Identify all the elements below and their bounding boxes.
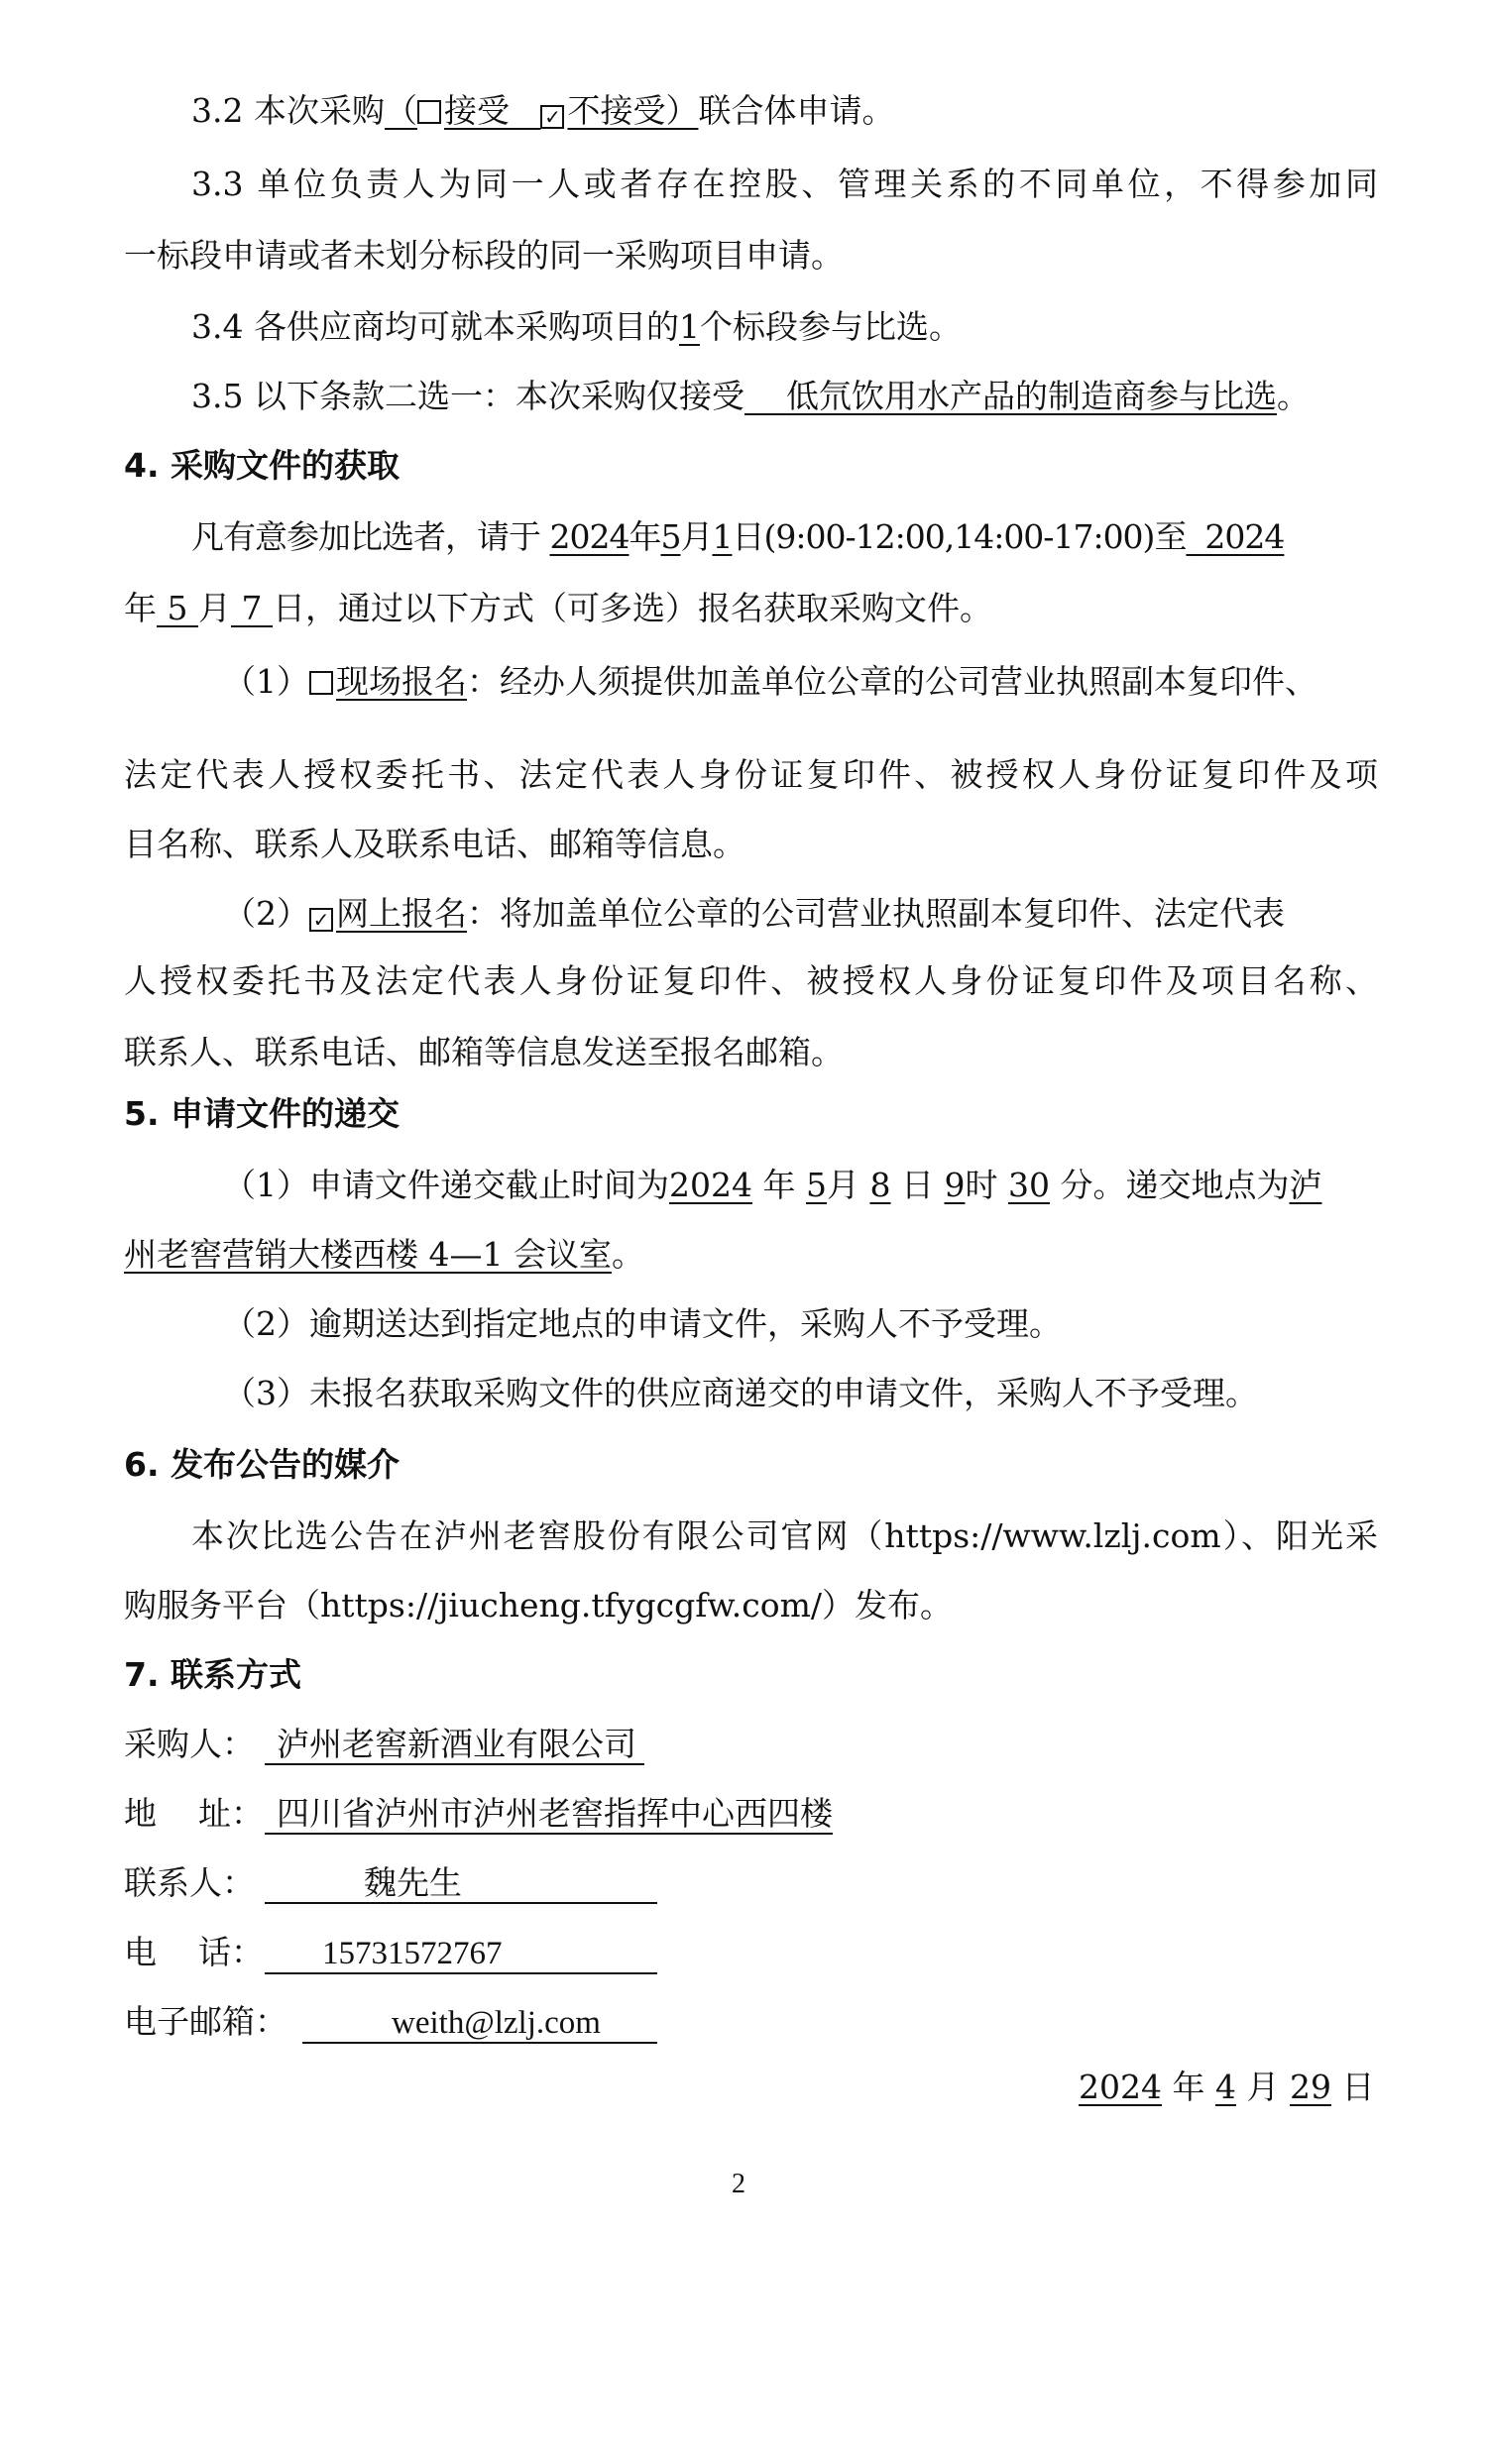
day-char: 日 (901, 1166, 934, 1204)
clause-3-3-line1: 3.3 单位负责人为同一人或者存在控股、管理关系的不同单位，不得参加同 (191, 165, 1378, 204)
day-char: 日 (1341, 2068, 1374, 2106)
clause-3-4-prefix: 3.4 各供应商均可就本采购项目的 (191, 307, 679, 346)
end-month: 5 (157, 589, 198, 627)
method-onsite-line3: 目名称、联系人及联系电话、邮箱等信息。 (124, 825, 1378, 864)
method-onsite-num: （1） (223, 662, 309, 701)
clause-3-5-suffix: 。 (1277, 377, 1310, 415)
lot-count: 1 (679, 307, 700, 346)
month-char: 月 (198, 589, 231, 627)
year-char: 年 (762, 1166, 795, 1204)
section-4-intro-line1: 凡有意参加比选者，请于 2024年5月1日(9:00-12:00,14:00-1… (191, 517, 1378, 557)
option-reject-label: 不接受 (567, 91, 665, 130)
period: 。 (612, 1235, 644, 1274)
start-day: 1 (712, 517, 732, 556)
phone-row: 电 话：15731572767 (124, 1933, 1378, 1974)
address-value: 四川省泸州市泸州老窖指挥中心西四楼 (265, 1795, 833, 1835)
section-6-heading: 6. 发布公告的媒介 (124, 1445, 1378, 1485)
to-char: 至 (1154, 517, 1186, 556)
date-day: 29 (1290, 2068, 1331, 2106)
address-label: 地 址： (124, 1794, 265, 1834)
method-onsite-line2: 法定代表人授权委托书、法定代表人身份证复印件、被授权人身份证复印件及项 (124, 755, 1378, 795)
end-year-value: 2024 (1204, 517, 1284, 556)
unregistered-submission-rule: （3）未报名获取采购文件的供应商递交的申请文件，采购人不予受理。 (223, 1374, 1378, 1413)
purchaser-value: 泸州老窖新酒业有限公司 (265, 1726, 644, 1765)
accepted-supplier-type: 低氘饮用水产品的制造商参与比选 (744, 377, 1277, 415)
month-char: 月 (680, 517, 712, 556)
method-online-option: ✓网上报名 (309, 894, 467, 933)
section-4-intro-line2: 年 5 月 7 日，通过以下方式（可多选）报名获取采购文件。 (124, 589, 1378, 628)
checkbox-reject-checked-icon[interactable]: ✓ (540, 105, 564, 129)
clause-3-5-prefix: 3.5 以下条款二选一：本次采购仅接受 (191, 377, 744, 415)
method-online-line2: 人授权委托书及法定代表人身份证复印件、被授权人身份证复印件及项目名称、 (124, 961, 1378, 1001)
intro-tail: 日，通过以下方式（可多选）报名获取采购文件。 (273, 589, 992, 627)
deadline-day: 8 (869, 1166, 890, 1204)
page-number: 2 (732, 2169, 745, 2200)
month-char: 月 (827, 1166, 859, 1204)
office-hours: (9:00-12:00,14:00-17:00) (763, 517, 1154, 556)
date-year: 2024 (1079, 2068, 1162, 2106)
place-part1: 泸 (1289, 1166, 1321, 1204)
clause-3-2: 3.2 本次采购（接受 ✓不接受）联合体申请。 (191, 91, 1378, 131)
phone-value: 15731572767 (265, 1935, 657, 1974)
contact-label: 联系人： (124, 1863, 265, 1903)
section-4-heading: 4. 采购文件的获取 (124, 446, 1378, 486)
signature-date: 2024 年 4 月 29 日 (1079, 2068, 1374, 2107)
deadline-label: 申请文件递交截止时间为 (309, 1166, 669, 1204)
end-month-value: 5 (168, 589, 188, 627)
section-7-heading: 7. 联系方式 (124, 1655, 1378, 1695)
open-paren: （ (385, 91, 417, 130)
method-online-text: ：将加盖单位公章的公司营业执照副本复印件、法定代表 (467, 894, 1285, 933)
clause-3-4-suffix: 个标段参与比选。 (700, 307, 962, 346)
method-onsite-text: ：经办人须提供加盖单位公章的公司营业执照副本复印件、 (467, 662, 1317, 701)
clause-3-2-prefix: 3.2 本次采购 (191, 91, 385, 130)
intro-text: 凡有意参加比选者，请于 (191, 517, 540, 556)
end-day-value: 7 (242, 589, 263, 627)
checkbox-online-checked-icon[interactable]: ✓ (309, 908, 333, 932)
deadline-minute: 30 (1008, 1166, 1050, 1204)
deadline-hour: 9 (944, 1166, 965, 1204)
submission-deadline-line1: （1）申请文件递交截止时间为2024 年 5月 8 日 9时 30 分。递交地点… (223, 1166, 1378, 1205)
phone-label: 电 话： (124, 1933, 265, 1972)
clause-3-2-suffix: 联合体申请。 (698, 91, 894, 130)
deadline-month: 5 (806, 1166, 827, 1204)
late-submission-rule: （2）逾期送达到指定地点的申请文件，采购人不予受理。 (223, 1304, 1378, 1344)
purchaser-row: 采购人：泸州老窖新酒业有限公司 (124, 1725, 1378, 1765)
clause-3-5: 3.5 以下条款二选一：本次采购仅接受 低氘饮用水产品的制造商参与比选。 (191, 377, 1378, 416)
start-month: 5 (660, 517, 680, 556)
method-online-label: 网上报名 (336, 894, 467, 933)
end-year: 2024 (1186, 517, 1284, 556)
place-label: 分。递交地点为 (1060, 1166, 1289, 1204)
checkbox-accept-icon[interactable] (417, 100, 441, 124)
publication-media-line2: 购服务平台（https://jiucheng.tfygcgfw.com/）发布。 (124, 1586, 1378, 1625)
hour-char: 时 (965, 1166, 997, 1204)
year-char: 年 (124, 589, 157, 627)
year-char: 年 (629, 517, 660, 556)
checkbox-onsite-icon[interactable] (309, 671, 333, 695)
close-paren: ） (665, 91, 698, 130)
method-onsite-option: 现场报名 (309, 662, 467, 701)
purchaser-label: 采购人： (124, 1725, 265, 1764)
date-month: 4 (1215, 2068, 1236, 2106)
submission-deadline-line2: 州老窖营销大楼西楼 4—1 会议室。 (124, 1235, 1378, 1275)
contact-row: 联系人：魏先生 (124, 1863, 1378, 1904)
year-char: 年 (1172, 2068, 1204, 2106)
day-char: 日 (732, 517, 763, 556)
method-onsite-line1: （1）现场报名：经办人须提供加盖单位公章的公司营业执照副本复印件、 (223, 662, 1378, 702)
contact-value: 魏先生 (265, 1864, 657, 1904)
address-row: 地 址：四川省泸州市泸州老窖指挥中心西四楼 (124, 1794, 1378, 1835)
item-num: （1） (223, 1166, 309, 1204)
email-value[interactable]: weith@lzlj.com (302, 2004, 657, 2044)
email-row: 电子邮箱：weith@lzlj.com (124, 2002, 1378, 2044)
end-day: 7 (231, 589, 273, 627)
accepted-supplier-value: 低氘饮用水产品的制造商参与比选 (786, 377, 1277, 415)
clause-3-4: 3.4 各供应商均可就本采购项目的1个标段参与比选。 (191, 307, 1378, 347)
deadline-year: 2024 (669, 1166, 752, 1204)
clause-3-3-line2: 一标段申请或者未划分标段的同一采购项目申请。 (124, 236, 1378, 276)
option-accept-label: 接受 (444, 91, 510, 130)
publication-media-line1: 本次比选公告在泸州老窖股份有限公司官网（https://www.lzlj.com… (191, 1516, 1378, 1556)
month-char: 月 (1246, 2068, 1279, 2106)
method-online-num: （2） (223, 894, 309, 933)
start-year: 2024 (550, 517, 629, 556)
method-online-line3: 联系人、联系电话、邮箱等信息发送至报名邮箱。 (124, 1033, 1378, 1072)
consortium-options: （接受 ✓不接受） (385, 91, 698, 130)
email-label: 电子邮箱： (124, 2002, 302, 2042)
section-5-heading: 5. 申请文件的递交 (124, 1094, 1378, 1134)
method-online-line1: （2）✓网上报名：将加盖单位公章的公司营业执照副本复印件、法定代表 (223, 894, 1378, 934)
method-onsite-label: 现场报名 (336, 662, 467, 701)
submission-place: 州老窖营销大楼西楼 4—1 会议室 (124, 1235, 612, 1274)
